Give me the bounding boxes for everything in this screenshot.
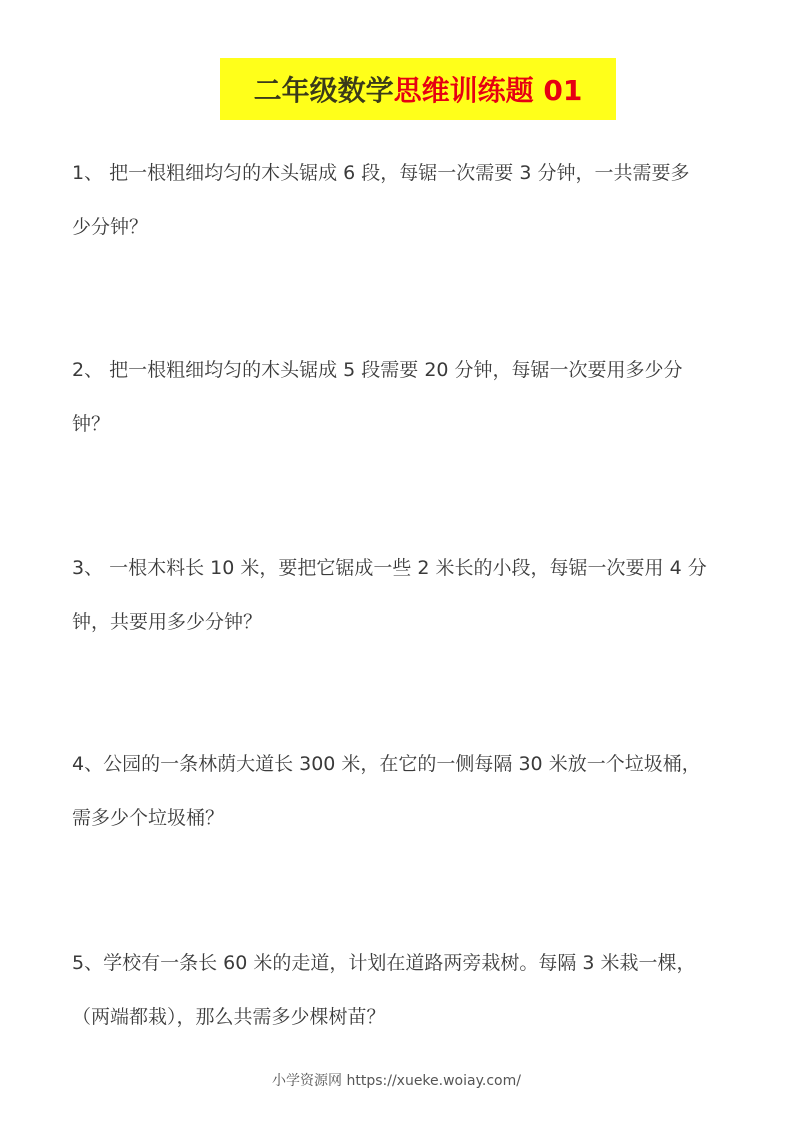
question-text: 3、 一根木料长 10 米，要把它锯成一些 2 米长的小段，每锯一次要用 4 分 bbox=[72, 541, 732, 595]
question-3: 3、 一根木料长 10 米，要把它锯成一些 2 米长的小段，每锯一次要用 4 分… bbox=[72, 541, 732, 649]
question-1: 1、 把一根粗细均匀的木头锯成 6 段，每锯一次需要 3 分钟，一共需要多 少分… bbox=[72, 146, 732, 254]
page-title: 二年级数学思维训练题 01 bbox=[254, 69, 583, 109]
question-text: （两端都栽），那么共需多少棵树苗？ bbox=[72, 990, 732, 1044]
question-4: 4、公园的一条林荫大道长 300 米，在它的一侧每隔 30 米放一个垃圾桶， 需… bbox=[72, 737, 732, 845]
question-text: 钟？ bbox=[72, 397, 732, 451]
title-grade: 二年级数学 bbox=[254, 74, 394, 107]
question-text: 5、学校有一条长 60 米的走道，计划在道路两旁栽树。每隔 3 米栽一棵， bbox=[72, 936, 732, 990]
question-text: 需多少个垃圾桶？ bbox=[72, 791, 732, 845]
title-banner: 二年级数学思维训练题 01 bbox=[220, 58, 616, 120]
question-text: 2、 把一根粗细均匀的木头锯成 5 段需要 20 分钟，每锯一次要用多少分 bbox=[72, 343, 732, 397]
question-2: 2、 把一根粗细均匀的木头锯成 5 段需要 20 分钟，每锯一次要用多少分 钟？ bbox=[72, 343, 732, 451]
question-text: 1、 把一根粗细均匀的木头锯成 6 段，每锯一次需要 3 分钟，一共需要多 bbox=[72, 146, 732, 200]
title-subject: 思维训练题 01 bbox=[394, 74, 583, 107]
question-text: 少分钟？ bbox=[72, 200, 732, 254]
footer-watermark: 小学资源网 https://xueke.woiay.com/ bbox=[0, 1070, 793, 1090]
question-5: 5、学校有一条长 60 米的走道，计划在道路两旁栽树。每隔 3 米栽一棵， （两… bbox=[72, 936, 732, 1044]
question-text: 钟，共要用多少分钟？ bbox=[72, 595, 732, 649]
question-text: 4、公园的一条林荫大道长 300 米，在它的一侧每隔 30 米放一个垃圾桶， bbox=[72, 737, 732, 791]
